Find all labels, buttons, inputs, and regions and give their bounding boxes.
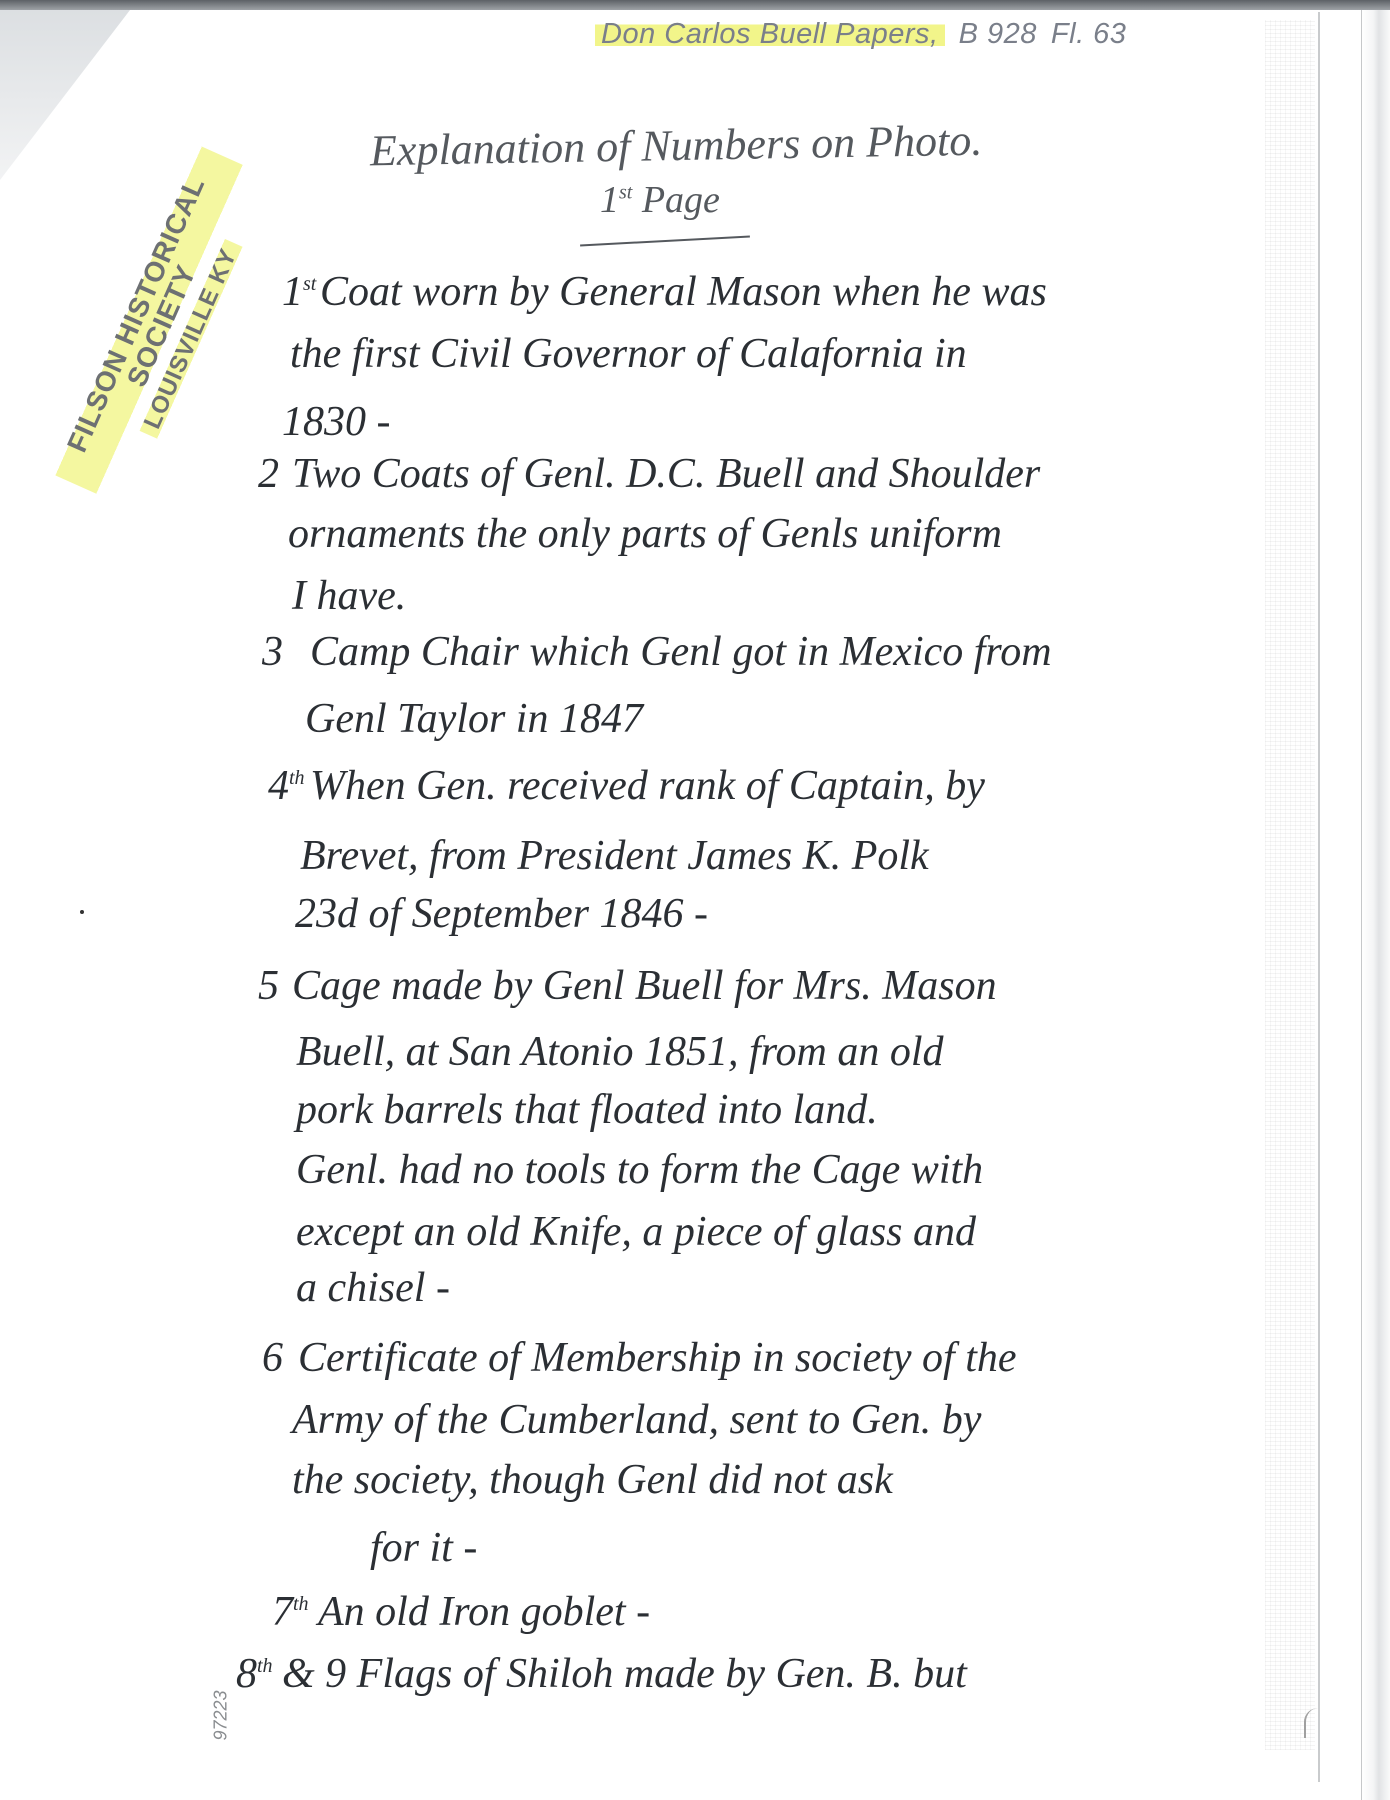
item-3-line-2: Genl Taylor in 1847 (305, 695, 643, 743)
item-number-8: 8th (236, 1650, 273, 1698)
item-6-line-4: for it - (370, 1524, 477, 1572)
stamp-line-1: FILSON HISTORICAL SOCIETY (50, 144, 248, 496)
item-5-line-1: Cage made by Genl Buell for Mrs. Mason (292, 962, 997, 1010)
item-1-line-2: the first Civil Governor of Calafornia i… (290, 330, 967, 378)
item-number-7: 7th (272, 1588, 309, 1636)
subtitle-number: 1 (600, 179, 619, 221)
subtitle-suffix: st (619, 181, 632, 203)
item-2-line-2: ornaments the only parts of Genls unifor… (288, 510, 1002, 558)
item-5-line-2: Buell, at San Atonio 1851, from an old (296, 1028, 944, 1076)
scan-noise (1265, 20, 1315, 1750)
filson-stamp: FILSON HISTORICAL SOCIETY LOUISVILLE KY (50, 144, 270, 505)
item-8-line-1: & 9 Flags of Shiloh made by Gen. B. but (282, 1650, 967, 1698)
item-1-line-3: 1830 - (282, 398, 391, 446)
item-7-line-1: An old Iron goblet - (318, 1588, 650, 1636)
item-4-line-1: When Gen. received rank of Captain, by (310, 762, 985, 810)
item-number-6: 6 (262, 1334, 283, 1382)
item-number-3: 3 (262, 628, 283, 676)
scanner-edge (0, 0, 1390, 10)
collection-name: Don Carlos Buell Papers, (595, 18, 945, 51)
item-3-line-1: Camp Chair which Genl got in Mexico from (310, 628, 1052, 676)
item-number-4: 4th (268, 762, 305, 810)
scan-speck (80, 910, 84, 914)
item-5-line-4: Genl. had no tools to form the Cage with (296, 1146, 983, 1194)
page-tear (1304, 1708, 1326, 1738)
scanner-background (0, 10, 130, 180)
page-title: Explanation of Numbers on Photo. (370, 115, 983, 177)
item-5-line-3: pork barrels that floated into land. (296, 1086, 878, 1134)
archive-note: Don Carlos Buell Papers, B 928 Fl. 63 (595, 18, 1126, 68)
item-2-line-3: I have. (292, 572, 406, 620)
page-shadow (1361, 10, 1390, 1800)
item-1-line-1: Coat worn by General Mason when he was (320, 268, 1047, 316)
item-4-line-3: 23d of September 1846 - (295, 890, 708, 938)
item-number-1: 1st (282, 268, 316, 316)
page-subtitle: 1st Page (600, 178, 720, 222)
subtitle-text: Page (642, 179, 720, 221)
item-6-line-3: the society, though Genl did not ask (292, 1456, 893, 1504)
item-6-line-2: Army of the Cumberland, sent to Gen. by (292, 1396, 981, 1444)
box-number: B 928 (959, 18, 1037, 51)
item-5-line-6: a chisel - (296, 1264, 450, 1312)
item-number-2: 2 (258, 450, 279, 498)
subtitle-underline (580, 236, 750, 247)
item-2-line-1: Two Coats of Genl. D.C. Buell and Should… (292, 450, 1040, 498)
item-number-5: 5 (258, 962, 279, 1010)
item-5-line-5: except an old Knife, a piece of glass an… (296, 1208, 976, 1256)
page-edge (1318, 12, 1320, 1782)
archive-reference-number: 97223 (211, 1690, 232, 1740)
folder-number: Fl. 63 (1051, 18, 1127, 51)
item-6-line-1: Certificate of Membership in society of … (298, 1334, 1017, 1382)
item-4-line-2: Brevet, from President James K. Polk (300, 832, 929, 880)
